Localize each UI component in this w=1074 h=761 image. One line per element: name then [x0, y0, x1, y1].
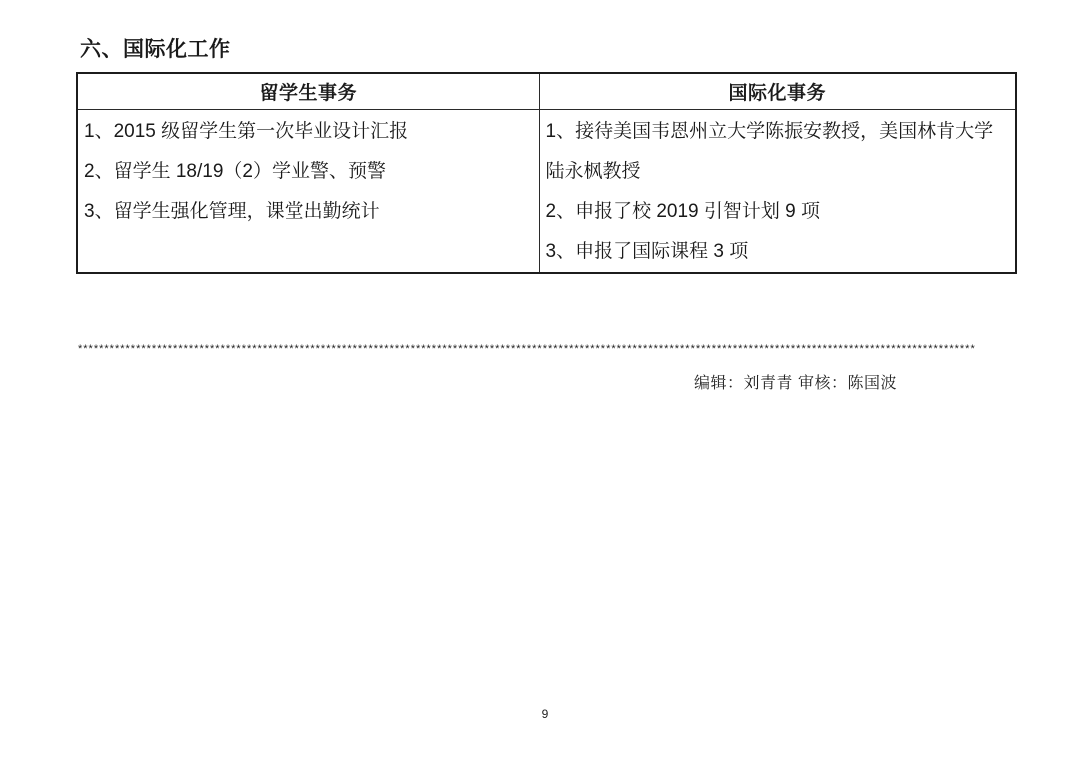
table-header-row: 留学生事务 国际化事务 [77, 73, 1016, 109]
asterisk-divider: ****************************************… [78, 343, 1006, 355]
list-item-continuation: 陆永枫教授 [546, 152, 1010, 192]
credits-line: 编辑：刘青青 审核：陈国波 [694, 370, 897, 393]
internationalization-work-table: 留学生事务 国际化事务 1、2015 级留学生第一次毕业设计汇报 2、留学生 1… [76, 72, 1017, 274]
list-item: 2、申报了校 2019 引智计划 9 项 [546, 192, 1010, 232]
page-number: 9 [505, 707, 585, 721]
list-item: 1、接待美国韦恩州立大学陈振安教授，美国林肯大学 [546, 112, 1010, 152]
cell-student-affairs: 1、2015 级留学生第一次毕业设计汇报 2、留学生 18/19（2）学业警、预… [77, 109, 539, 273]
list-item: 3、申报了国际课程 3 项 [546, 232, 1010, 272]
cell-international-affairs: 1、接待美国韦恩州立大学陈振安教授，美国林肯大学 陆永枫教授 2、申报了校 20… [539, 109, 1016, 273]
column-header-international-affairs: 国际化事务 [539, 73, 1016, 109]
document-page: 六、国际化工作 留学生事务 国际化事务 1、2015 级留学生第一次毕业设计汇报… [0, 0, 1074, 761]
table-body-row: 1、2015 级留学生第一次毕业设计汇报 2、留学生 18/19（2）学业警、预… [77, 109, 1016, 273]
list-item: 3、留学生强化管理，课堂出勤统计 [84, 192, 533, 232]
column-header-student-affairs: 留学生事务 [77, 73, 539, 109]
list-item: 1、2015 级留学生第一次毕业设计汇报 [84, 112, 533, 152]
section-heading: 六、国际化工作 [80, 33, 231, 63]
list-item: 2、留学生 18/19（2）学业警、预警 [84, 152, 533, 192]
